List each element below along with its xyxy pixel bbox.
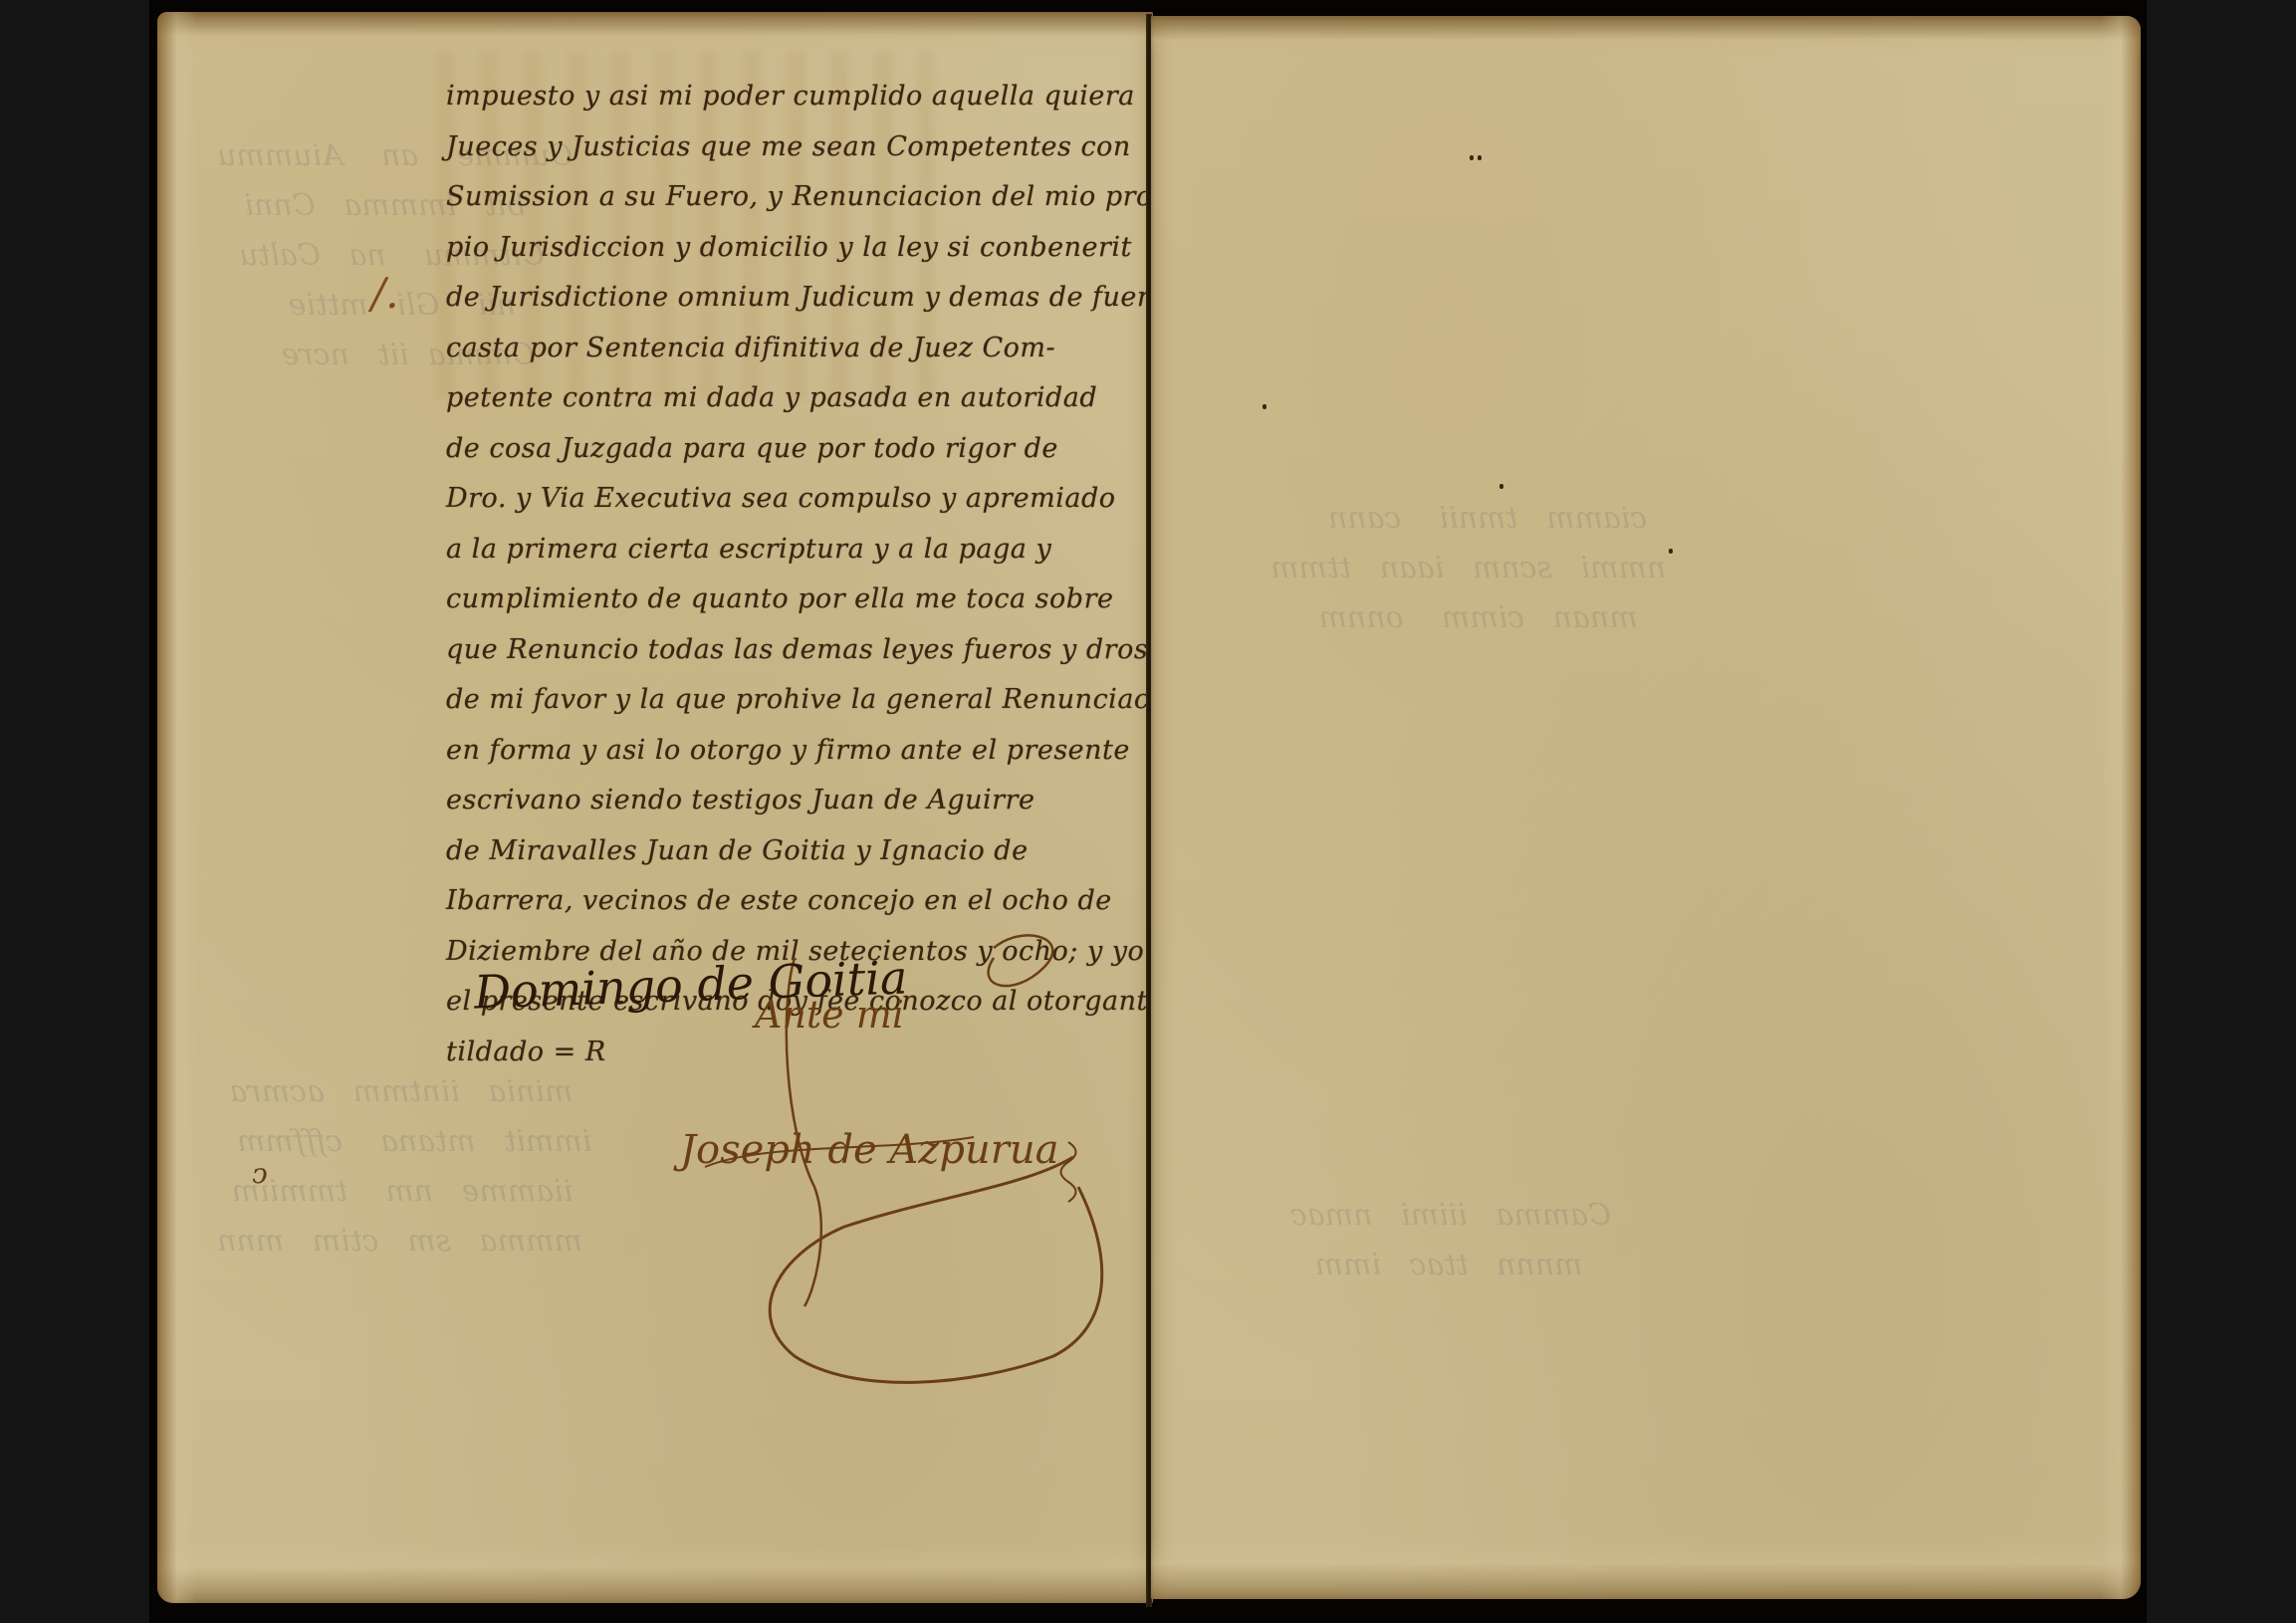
page-edge-top	[1151, 16, 2141, 56]
manuscript-scan: Cumme an Aiummu bit lmmma Cnni Citmmu na…	[149, 0, 2147, 1623]
margin-mark-lower: ↄ	[252, 1157, 268, 1190]
page-edge-bottom	[157, 1543, 1153, 1603]
ink-speck	[1470, 155, 1474, 160]
manuscript-line: de cosa Juzgada para que por todo rigor …	[446, 424, 1133, 475]
signature-ante-mi: Ante mi	[755, 993, 904, 1037]
manuscript-line: petente contra mi dada y pasada en autor…	[446, 373, 1133, 424]
manuscript-line: pio Jurisdiccion y domicilio y la ley si…	[446, 223, 1133, 274]
left-page: Cumme an Aiummu bit lmmma Cnni Citmmu na…	[157, 12, 1153, 1603]
ink-speck	[1499, 484, 1503, 489]
bleed-through-text-lower: Camma iiimi nmac mnnn ttac imm	[1290, 1191, 1630, 1290]
right-page-blank: ciamm tmnii cann nmmi scnm iaan ttmm mna…	[1151, 16, 2141, 1599]
manuscript-line: Ibarrera, vecinos de este concejo en el …	[446, 876, 1133, 927]
page-edge-left	[157, 12, 197, 1603]
manuscript-line: impuesto y asi mi poder cumplido aquella…	[446, 72, 1133, 122]
manuscript-text-block: impuesto y asi mi poder cumplido aquella…	[446, 72, 1133, 1077]
manuscript-line: de mi favor y la que prohive la general …	[446, 675, 1133, 726]
page-edge-top	[157, 12, 1153, 52]
ink-speck	[1669, 549, 1673, 554]
margin-mark: /.	[371, 269, 399, 318]
manuscript-line: casta por Sentencia difinitiva de Juez C…	[446, 324, 1133, 374]
signature-notary: Joseph de Azpurua	[680, 1127, 1058, 1173]
manuscript-line: cumplimiento de quanto por ella me toca …	[446, 575, 1133, 625]
manuscript-line: que Renuncio todas las demas leyes fuero…	[446, 625, 1133, 676]
page-edge-right	[2101, 16, 2141, 1599]
manuscript-line: escrivano siendo testigos Juan de Aguirr…	[446, 776, 1133, 826]
bleed-through-text: ciamm tmnii cann nmmi scnm iaan ttmm mna…	[1270, 494, 1676, 643]
manuscript-line: en forma y asi lo otorgo y firmo ante el…	[446, 726, 1133, 777]
manuscript-line: de Miravalles Juan de Goitia y Ignacio d…	[446, 826, 1133, 877]
left-background-panel	[0, 0, 149, 1623]
manuscript-line: a la primera cierta escriptura y a la pa…	[446, 525, 1133, 576]
ink-speck	[1263, 404, 1266, 409]
manuscript-line: Jueces y Justicias que me sean Competent…	[446, 122, 1133, 173]
manuscript-line: Dro. y Via Executiva sea compulso y apre…	[446, 474, 1133, 525]
ink-speck	[1478, 155, 1482, 160]
right-background-panel	[2147, 0, 2296, 1623]
bleed-through-text-lower: minia iintmm acmra immit mtana cfffmm ii…	[217, 1067, 601, 1267]
manuscript-line: Sumission a su Fuero, y Renunciacion del…	[446, 172, 1133, 223]
page-edge-bottom	[1151, 1539, 2141, 1599]
manuscript-line: de Jurisdictione omnium Judicum y demas …	[446, 273, 1133, 324]
